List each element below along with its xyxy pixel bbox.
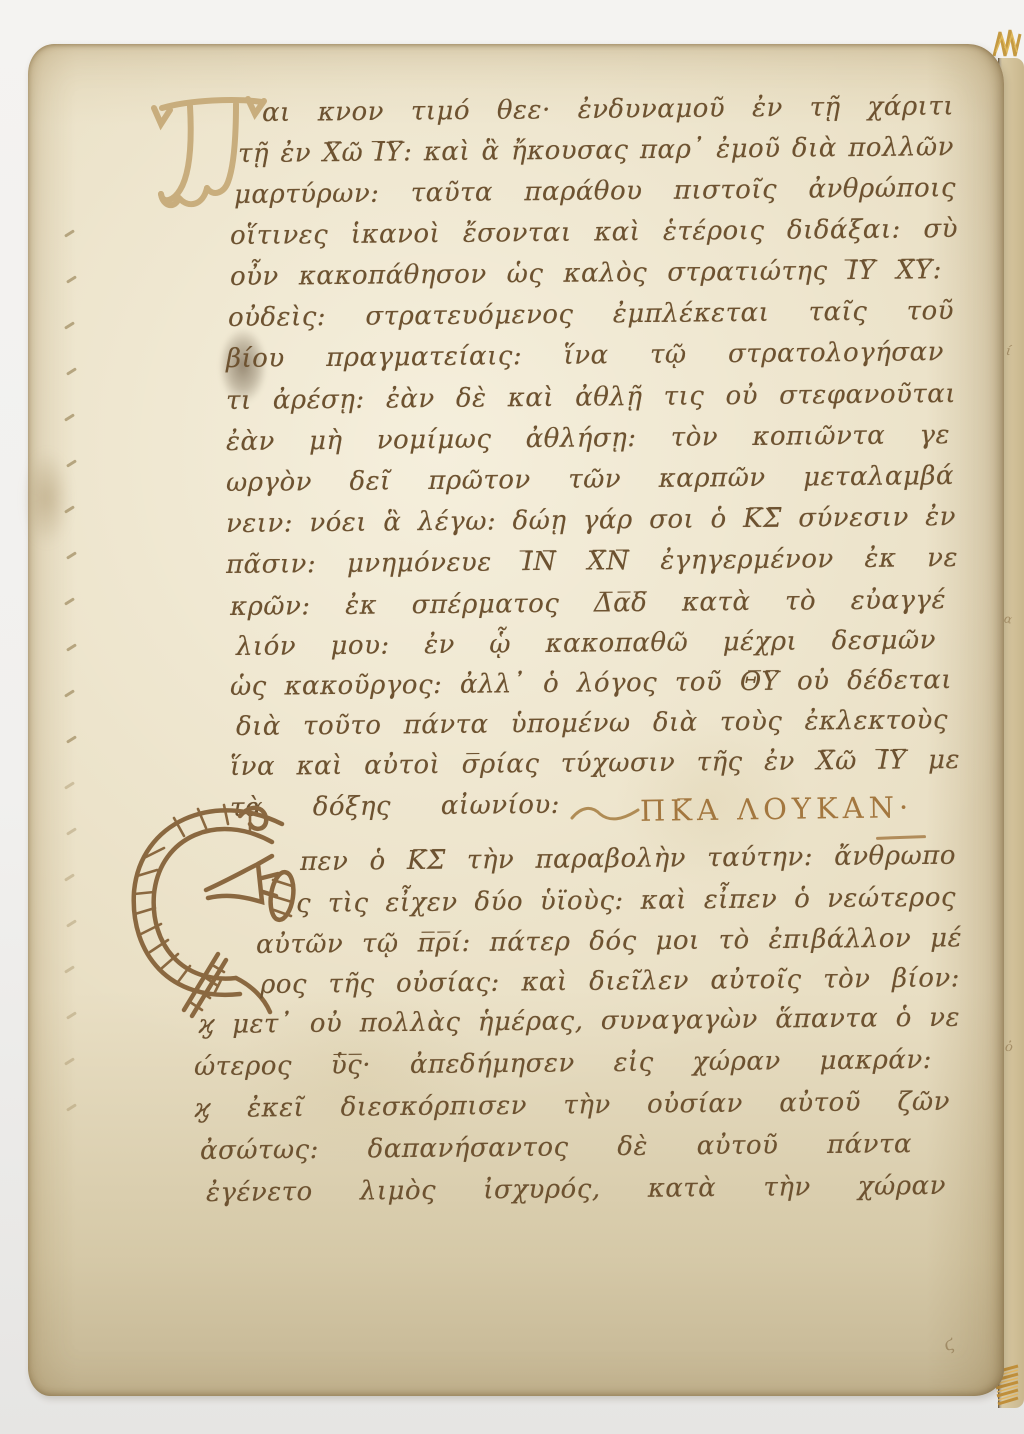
manuscript-text-line: οἵτινες ἱκανοὶ ἔσονται καὶ ἑτέροις διδάξ… — [230, 212, 958, 253]
manuscript-text-line: βίου πραγματείαις: ἵνα τῷ στρατολογήσαν — [226, 335, 944, 376]
manuscript-text-line: κρῶν: ἐκ σπέρματος Δ̅α̅δ̅ κατὰ τὸ εὐαγγέ — [230, 583, 946, 624]
manuscript-text-line: ὡς κακοῦργος: ἀλλ᾽ ὁ λόγος τοῦ Θ̅Υ̅ οὐ δ… — [230, 663, 952, 704]
manuscript-text-line: ς τὶς εἶχεν δύο ὑϊοὺς: καὶ εἶπεν ὁ νεώτε… — [296, 881, 956, 921]
manuscript-text-line: τῇ ἐν Χ̅ῶ Ι̅Υ̅: καὶ ἃ ἤκουσας παρ᾽ ἐμοῦ … — [238, 130, 954, 171]
manuscript-text-line: πᾶσιν: μνημόνευε Ι̅Ν̅ Χ̅Ν̅ ἐγηγερμένον ἐ… — [226, 541, 958, 582]
manuscript-text-line: λιόν μου: ἐν ᾧ κακοπαθῶ μέχρι δεσμῶν — [236, 623, 936, 664]
manuscript-text-line: ἀσώτως: δαπανήσαντος δὲ αὐτοῦ πάντα — [200, 1127, 912, 1168]
manuscript-text-line: διὰ τοῦτο πάντα ὑπομένω διὰ τοὺς ἐκλεκτο… — [236, 703, 948, 744]
manuscript-text-line: νειν: νόει ἃ λέγω: δώῃ γάρ σοι ὁ Κ̅Σ̅ σύ… — [226, 500, 956, 541]
lection-rubric: ΠΚ̅Α ΛΟΥΚΑΝ· — [640, 790, 914, 828]
rubric-flourish — [570, 800, 642, 828]
manuscript-text-line: ωργὸν δεῖ πρῶτον τῶν καρπῶν μεταλαμβά — [226, 459, 954, 500]
manuscript-text-line: ώτερος ὑ̅ς̅· ἀπεδήμησεν εἰς χώραν μακράν… — [194, 1043, 932, 1084]
manuscript-text-line: ἐὰν μὴ νομίμως ἀθλήσῃ: τὸν κοπιῶντα γε — [226, 418, 950, 459]
manuscript-text-line: οὐδεὶς: στρατευόμενος ἐμπλέκεται ταῖς το… — [228, 294, 954, 335]
manuscript-text-line: ϗ ἐκεῖ διεσκόρπισεν τὴν οὐσίαν αὐτοῦ ζῶν — [194, 1085, 950, 1126]
manuscript-text-line: ρος τῆς οὐσίας: καὶ διεῖλεν αὐτοῖς τὸν β… — [260, 961, 960, 1002]
stray-glyph: ὁ — [1004, 1040, 1013, 1056]
manuscript-text-line: ἐγένετο λιμὸς ἰσχυρός, κατὰ τὴν χώραν — [206, 1169, 946, 1210]
manuscript-text-line: πεν ὁ Κ̅Σ̅ τὴν παραβολὴν ταύτην: ἄνθρωπο — [300, 839, 956, 879]
edge-stain — [24, 450, 70, 546]
manuscript-text-line: αὐτῶν τῷ π̅ρ̅ί: πάτερ δός μοι τὸ ἐπιβάλλ… — [256, 921, 962, 962]
manuscript-text-line: ἵνα καὶ αὐτοὶ σ̅ρίας τύχωσιν τῆς ἐν Χ̅ῶ … — [230, 743, 960, 784]
manuscript-text-line: τι ἀρέσῃ: ἐὰν δὲ καὶ ἀθλῇ τις οὐ στεφανο… — [226, 377, 956, 418]
gilt-headband — [990, 22, 1024, 62]
manuscript-text-line: μαρτύρων: ταῦτα παράθου πιστοῖς ἀνθρώποι… — [234, 171, 956, 212]
manuscript-text-line: αι κνον τιμό θεε· ἐνδυναμοῦ ἐν τῇ χάριτι — [262, 89, 954, 130]
manuscript-photo: αι κνον τιμό θεε· ἐνδυναμοῦ ἐν τῇ χάριτι… — [0, 0, 1024, 1434]
manuscript-text-line: οὖν κακοπάθησον ὡς καλὸς στρατιώτης Ι̅Υ̅… — [230, 253, 942, 294]
